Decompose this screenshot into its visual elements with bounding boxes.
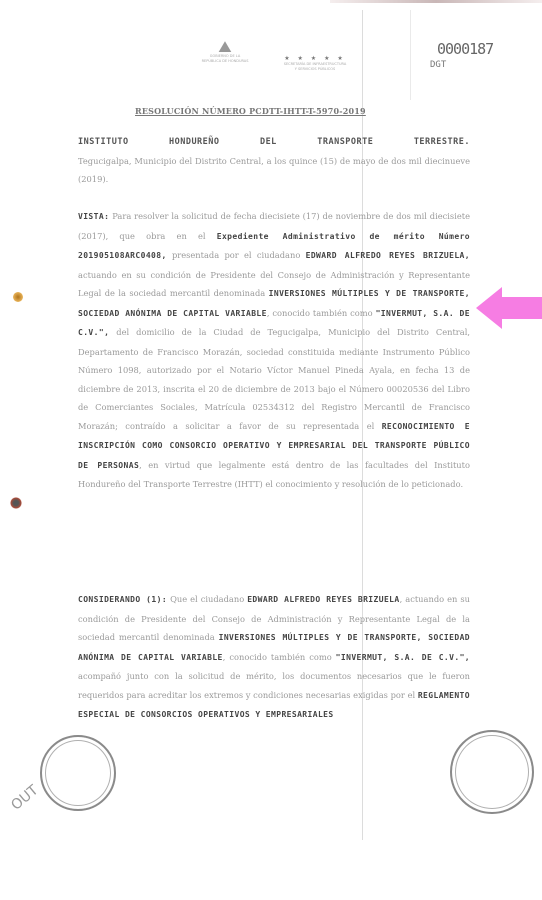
institution-name: INSTITUTO HONDUREÑO DEL TRANSPORTE TERRE…: [78, 133, 470, 152]
vista-label: VISTA:: [78, 212, 109, 221]
citizen-name: EDWARD ALFREDO REYES BRIZUELA: [247, 595, 399, 604]
honduras-emblem-icon: ⛰: [190, 40, 260, 54]
margin-handwriting: OUT: [8, 782, 41, 813]
resolution-title: RESOLUCIÓN NÚMERO PCDTT-IHTT-T-5970-2019: [135, 106, 425, 116]
pink-arrow-left-icon: [476, 285, 542, 331]
citizen-name: EDWARD ALFREDO REYES BRIZUELA,: [306, 251, 470, 260]
official-seal-right: [450, 730, 534, 814]
fold-line-secondary: [410, 10, 411, 100]
folio-stamp: DGT: [430, 60, 446, 70]
considerando-label: CONSIDERANDO (1):: [78, 595, 167, 604]
logo-caption: REPÚBLICA DE HONDURAS: [190, 59, 260, 64]
paper-clip-mark-icon: [10, 497, 22, 509]
company-alias: "INVERMUT, S.A. DE C.V.",: [336, 653, 470, 662]
five-stars-icon: ★ ★ ★ ★ ★: [275, 55, 355, 62]
institution-block: INSTITUTO HONDUREÑO DEL TRANSPORTE TERRE…: [78, 133, 470, 189]
ministry-logo: ★ ★ ★ ★ ★ SECRETARÍA DE INFRAESTRUCTURA …: [275, 55, 355, 72]
government-logo: ⛰ GOBIERNO DE LA REPÚBLICA DE HONDURAS: [190, 40, 260, 64]
considerando-paragraph: CONSIDERANDO (1): Que el ciudadano EDWAR…: [78, 590, 470, 725]
vista-paragraph: VISTA: Para resolver la solicitud de fec…: [78, 207, 470, 494]
place-date: Tegucigalpa, Municipio del Distrito Cent…: [78, 156, 470, 185]
folio-number: 0000187: [437, 40, 493, 58]
paper-top-edge: [330, 0, 542, 3]
official-seal-left: [40, 735, 116, 811]
logo-caption: Y SERVICIOS PÚBLICOS: [275, 67, 355, 72]
paper-clip-mark-icon: [13, 292, 23, 302]
